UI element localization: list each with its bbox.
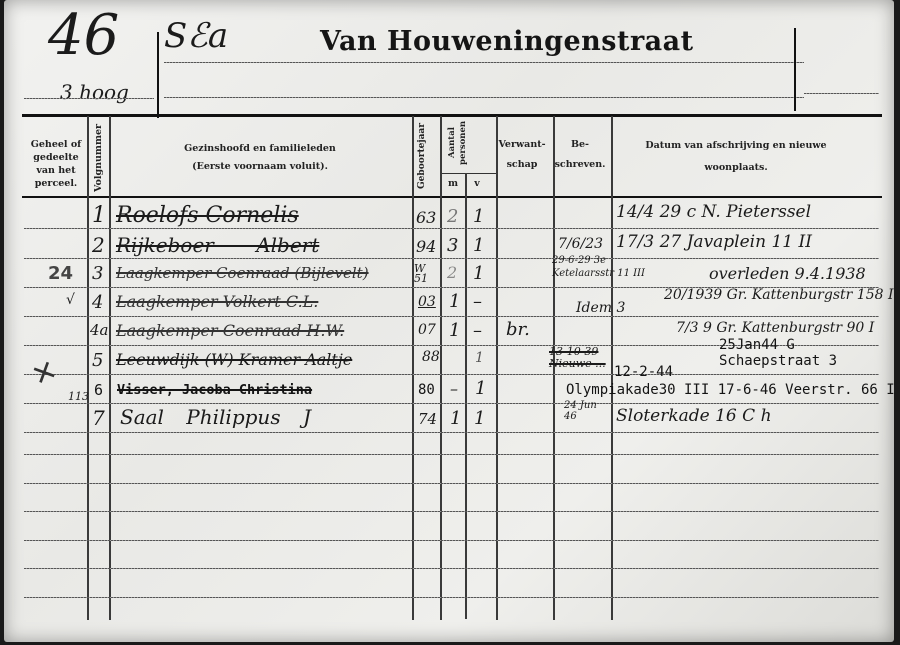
row-4a-name: Laagkemper Coenraad H.W.	[116, 321, 344, 340]
col-seq-header: Volgnummer	[92, 124, 106, 192]
row-3-m: 2	[447, 263, 457, 282]
row-6-departure: Olympiakade30 III 17-6-46 Veerstr. 66 II	[566, 382, 894, 398]
row-2-v: 1	[473, 235, 484, 256]
row-rule	[24, 540, 879, 541]
persons-subheader-rule	[440, 173, 496, 174]
col-registered-header: Be-schreven.	[553, 135, 607, 175]
row-5-name: Leeuwdijk (W) Kramer Aaltje	[116, 350, 352, 369]
header-divider-left	[157, 32, 159, 118]
row-6-registered: 12-2-44	[614, 364, 673, 380]
col-persons-v-header: v	[466, 177, 488, 190]
col-birth-header: Geboortejaar	[416, 118, 430, 194]
row-5-birth: 88	[422, 349, 440, 365]
row-4-m: 1	[449, 291, 460, 312]
tick-note-row4: √	[66, 292, 75, 308]
row-3-v: 1	[473, 263, 484, 284]
row-2-departure: 17/3 27 Javaplein 11 II	[616, 232, 812, 252]
row-7-birth: 74	[418, 410, 437, 428]
header-dotted-line-4	[804, 93, 879, 94]
column-header-rule	[22, 196, 882, 198]
row-1-birth: 63	[416, 208, 436, 227]
row-2-seq: 2	[92, 233, 105, 257]
row-5-seq: 5	[92, 350, 103, 371]
col-line-relation-left	[496, 116, 498, 620]
row-1-seq: 1	[92, 203, 106, 228]
row-2-registered: 7/6/23	[558, 236, 603, 252]
row-rule	[24, 374, 879, 375]
row-7-registered: 24 Jun 46	[564, 400, 604, 422]
header-dotted-line-1	[164, 62, 804, 63]
header-divider-right	[794, 28, 796, 111]
col-line-persons-left	[440, 116, 442, 620]
row-4a-departure: 7/3 9 Gr. Kattenburgstr 90 I	[676, 320, 874, 336]
row-6-name: Visser, Jacoba Christina	[117, 382, 312, 398]
col-line-seq-left	[87, 116, 89, 620]
header-dotted-line-3	[164, 97, 804, 98]
row-4-v: –	[473, 291, 482, 312]
row-6-birth: 80	[418, 382, 435, 398]
col-relation-header: Verwant-schap	[496, 135, 548, 175]
row-rule	[24, 258, 879, 259]
row-3-seq: 3	[92, 263, 103, 284]
row-rule	[24, 483, 879, 484]
row-4a-m: 1	[449, 320, 460, 341]
col-parcel-header: Geheel of gedeelte van het perceel.	[24, 138, 88, 190]
registration-card: 46 3 hoog Sℰa Van Houweningenstraat Gehe…	[4, 0, 894, 642]
col-line-birth-left	[412, 116, 414, 620]
row-2-m: 3	[447, 235, 458, 256]
row-rule	[24, 568, 879, 569]
col-persons-m-header: m	[442, 177, 464, 190]
row-7-name: Saal Philippus J	[120, 405, 311, 429]
persons-mv-divider	[465, 173, 467, 619]
row-4-name: Laagkemper Volkert C.L.	[116, 292, 318, 311]
col-name-header-1: Gezinshoofd en familieleden	[110, 142, 410, 155]
number-note-row6: 113	[68, 390, 89, 403]
row-7-departure: Sloterkade 16 C h	[616, 406, 772, 426]
col-departure-header: Datum van afschrijving en nieuwe woonpla…	[616, 135, 856, 179]
house-number: 46	[48, 6, 119, 66]
row-4a-registered: Idem 3	[576, 300, 625, 316]
row-1-m: 2	[447, 206, 458, 227]
row-4a-v: –	[473, 320, 482, 341]
row-4-birth: 03	[418, 294, 436, 310]
row-6-seq: 6	[94, 381, 103, 399]
row-4a-relation: br.	[506, 319, 530, 340]
row-4-departure: 20/1939 Gr. Kattenburgstr 158 I	[664, 287, 894, 303]
row-1-departure: 14/4 29 c N. Pieterssel	[616, 202, 811, 222]
street-name: Van Houweningenstraat	[320, 26, 694, 57]
row-rule	[24, 454, 879, 455]
row-1-v: 1	[473, 206, 484, 227]
row-7-v: 1	[474, 408, 485, 429]
row-1-name: Roelofs Cornelis	[116, 203, 299, 228]
row-3-birth: W 51	[414, 264, 438, 284]
col-name-header-2: (Eerste voornaam voluit).	[110, 160, 410, 173]
row-6-v: 1	[475, 378, 486, 399]
row-3-registered: 29-6-29 3e Ketelaarsstr 11 III	[552, 254, 652, 280]
row-3-name: Laagkemper Coenraad (Bijlevelt)	[116, 264, 369, 282]
row-4a-seq: 4a	[90, 321, 109, 339]
col-line-seq-right	[109, 116, 111, 620]
prefix-mark: Sℰa	[164, 16, 228, 56]
row-2-name: Rijkeboer Albert	[116, 233, 319, 257]
row-3-departure: overleden 9.4.1938	[709, 264, 866, 283]
row-5-departure: 25Jan44 G Schaepstraat 3	[719, 337, 889, 369]
header-rule	[22, 114, 882, 117]
col-persons-header: Aantal personen	[447, 118, 481, 168]
row-rule	[24, 403, 879, 404]
row-rule	[24, 597, 879, 598]
row-rule	[24, 432, 879, 433]
header-dotted-line-2	[24, 98, 154, 99]
floor-note: 3 hoog	[60, 80, 129, 104]
row-7-seq: 7	[92, 406, 105, 430]
row-4-seq: 4	[92, 292, 103, 313]
row-7-m: 1	[450, 408, 461, 429]
row-4a-birth: 07	[418, 322, 436, 338]
row-rule	[24, 228, 879, 229]
row-rule	[24, 511, 879, 512]
row-2-birth: 94	[416, 237, 436, 256]
parcel-note-row3: 24	[48, 263, 73, 284]
row-rule	[24, 316, 879, 317]
row-6-m: –	[450, 379, 458, 398]
cross-note-row5: +	[24, 348, 64, 395]
row-5-v: 1	[475, 350, 484, 366]
